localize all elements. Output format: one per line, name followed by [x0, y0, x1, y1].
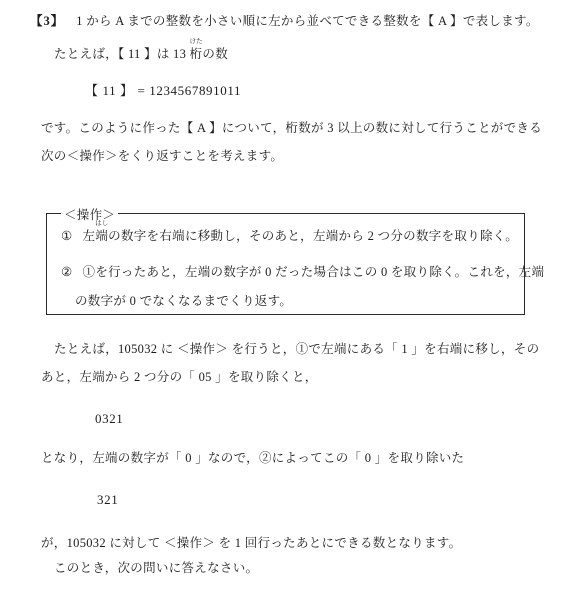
kanji-keta: 桁 [190, 47, 203, 61]
worked-example-line-2: あと，左端から 2 つ分の「 05 」を取り除くと， [41, 369, 318, 385]
step-2-marker: ② [61, 265, 73, 279]
kanji-hashi: 端 [95, 229, 108, 243]
operation-step-1: ①左はし端の数字を右端に移動し，そのあと，左端から 2 つ分の数字を取り除く。 [61, 228, 518, 244]
operation-box-title: ＜操作＞ [61, 205, 118, 223]
problem-intro-line: 【3】1 から A までの整数を小さい順に左から並べてできる整数を【 A 】で表… [30, 13, 539, 29]
furigana-hashi: はし [95, 221, 108, 228]
body-line-2: 次の＜操作＞をくり返すことを考えます。 [41, 148, 283, 164]
operation-box: ＜操作＞ ①左はし端の数字を右端に移動し，そのあと，左端から 2 つ分の数字を取… [46, 213, 525, 315]
problem-number: 【3】 [30, 14, 64, 28]
example-sentence-prefix: たとえば，【 11 】は 13 [54, 47, 190, 61]
step-1-prefix: 左 [83, 229, 96, 243]
problem-intro-text: 1 から A までの整数を小さい順に左から並べてできる整数を【 A 】で表します… [76, 14, 538, 28]
furigana-keta: けた [190, 39, 203, 46]
worked-example-line-3: となり，左端の数字が「 0 」なので，②によってこの「 0 」を取り除いた [41, 450, 464, 466]
ruby-hashi: はし端 [95, 228, 108, 244]
closing-line: このとき，次の問いに答えなさい。 [54, 560, 258, 576]
problem-page: 【3】1 から A までの整数を小さい順に左から並べてできる整数を【 A 】で表… [0, 0, 572, 592]
step-1-rest: の数字を右端に移動し，そのあと，左端から 2 つ分の数字を取り除く。 [108, 229, 518, 243]
example-sentence-suffix: の数 [202, 47, 228, 61]
step-2-text-1: ①を行ったあと，左端の数字が 0 だった場合はこの 0 を取り除く。これを，左端 [83, 265, 545, 279]
final-result: 321 [97, 492, 118, 508]
worked-example-line-1: たとえば，105032 に ＜操作＞ を行うと，①で左端にある「 1 」を右端に… [54, 341, 539, 357]
operation-step-2-line-2: の数字が 0 でなくなるまでくり返す。 [75, 293, 292, 309]
intermediate-result: 0321 [95, 411, 123, 427]
operation-step-2-line-1: ②①を行ったあと，左端の数字が 0 だった場合はこの 0 を取り除く。これを，左… [61, 264, 544, 280]
example-sentence-line: たとえば，【 11 】は 13 けた桁の数 [54, 46, 228, 62]
body-line-1: です。このように作った【 A 】について，桁数が 3 以上の数に対して行うことが… [41, 120, 542, 136]
formula-line: 【 11 】 = 1234567891011 [85, 83, 241, 99]
step-1-marker: ① [61, 229, 73, 243]
worked-example-line-4: が，105032 に対して ＜操作＞ を 1 回行ったあとにできる数となります。 [41, 535, 461, 551]
ruby-keta: けた桁 [190, 46, 203, 62]
